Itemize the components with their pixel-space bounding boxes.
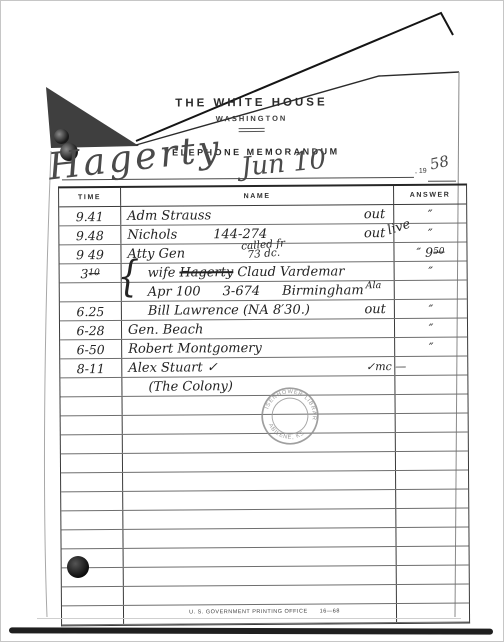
note-text: ✓mc — [366, 359, 406, 372]
answer-cell [395, 281, 467, 300]
time-cell [61, 454, 123, 472]
name-part: 3-674 [223, 283, 261, 298]
note-text: out [364, 302, 394, 317]
name-cell: Bill Lawrence (NA 8′30.) out [122, 300, 395, 320]
name-superscript: Ala [366, 280, 382, 291]
answer-cell: ″ [395, 319, 467, 338]
time-cell [61, 397, 123, 415]
answer-cell [396, 452, 468, 471]
answer-text: ″ 9 [416, 244, 433, 259]
name-cell: Atty Gen called fr 73 dc. [121, 243, 394, 263]
time-cell [60, 283, 122, 301]
time-cell [61, 511, 123, 529]
header-name: NAME [121, 186, 394, 206]
name-cell [124, 547, 397, 567]
call-note-line2: 73 dc. [247, 247, 280, 261]
time-text: 3 [80, 266, 88, 281]
answer-cell [396, 414, 468, 433]
time-cell [62, 587, 124, 605]
year-rule [428, 181, 456, 182]
time-cell [61, 435, 123, 453]
time-superscript: 10 [88, 273, 99, 274]
answer-cell [396, 528, 468, 547]
header-answer: ANSWER [394, 186, 466, 205]
answer-cell [395, 395, 467, 414]
name-cell: Apr 100 3-674 Birmingham Ala [122, 281, 395, 301]
name-struck: Hagerty [179, 265, 233, 280]
time-cell: 8-11 [60, 359, 122, 377]
time-cell: 6-28 [60, 321, 122, 339]
name-text: Alex Stuart ✓ [128, 360, 218, 376]
name-text: Bill Lawrence (NA 8′30.) [128, 302, 310, 318]
name-cell: Alex Stuart ✓ ✓mc — [122, 357, 395, 377]
name-post: Claud Vardemar [237, 264, 344, 280]
name-cell: { wife Hagerty Claud Vardemar [122, 262, 395, 282]
answer-superscript: 50 [433, 251, 444, 252]
answer-cell [397, 547, 469, 566]
name-cell: Gen. Beach [122, 319, 395, 339]
name-cell: Adm Strauss out [121, 205, 394, 225]
answer-cell [397, 584, 469, 603]
answer-cell: ″ 9 50 [394, 243, 466, 262]
name-cell: Robert Montgomery [122, 338, 395, 358]
time-cell: 6.25 [60, 302, 122, 320]
answer-cell [396, 471, 468, 490]
name-part: Birmingham [282, 283, 364, 299]
time-cell: 9 49 [59, 245, 121, 263]
time-cell: 3 10 [60, 264, 122, 282]
sheet-bottom-edge [37, 618, 461, 619]
note-text: out [364, 207, 394, 222]
letterhead-subtitle: WASHINGTON [38, 113, 466, 125]
name-cell [123, 452, 396, 472]
time-cell [61, 416, 123, 434]
answer-cell [396, 490, 468, 509]
name-cell [124, 566, 397, 586]
answer-cell: ″ [395, 338, 467, 357]
answer-cell [396, 433, 468, 452]
name-cell [123, 509, 396, 529]
scan-bottom-band [9, 627, 493, 634]
time-cell: 6-50 [60, 340, 122, 358]
name-cell [124, 585, 397, 605]
answer-cell [395, 376, 467, 395]
answer-cell [396, 509, 468, 528]
name-cell [123, 528, 396, 548]
brace-mark: { [118, 256, 140, 299]
letterhead-title: THE WHITE HOUSE [37, 96, 465, 111]
letterhead-rule [239, 128, 265, 132]
answer-cell: ″ [395, 300, 467, 319]
name-cell [123, 471, 396, 491]
scanned-memo-page: THE WHITE HOUSE WASHINGTON TELEPHONE MEM… [0, 0, 504, 642]
time-cell [61, 473, 123, 491]
handwritten-year: 58 [428, 152, 451, 174]
hole-punch-mark [67, 556, 89, 578]
answer-cell: ″ [395, 262, 467, 281]
memo-sheet: THE WHITE HOUSE WASHINGTON TELEPHONE MEM… [37, 24, 469, 627]
time-cell: 9.41 [59, 207, 121, 225]
name-text: Nichols [127, 227, 177, 242]
name-text: (The Colony) [128, 379, 233, 395]
name-text: Adm Strauss [127, 208, 211, 224]
call-note: called fr 73 dc. [241, 239, 286, 260]
printed-year-prefix: , 19 [415, 168, 427, 175]
time-cell [60, 378, 122, 396]
time-cell [61, 530, 123, 548]
answer-cell [397, 566, 469, 585]
name-cell [123, 490, 396, 510]
time-cell [61, 492, 123, 510]
time-cell: 9.48 [59, 226, 121, 244]
header-time: TIME [59, 188, 121, 206]
